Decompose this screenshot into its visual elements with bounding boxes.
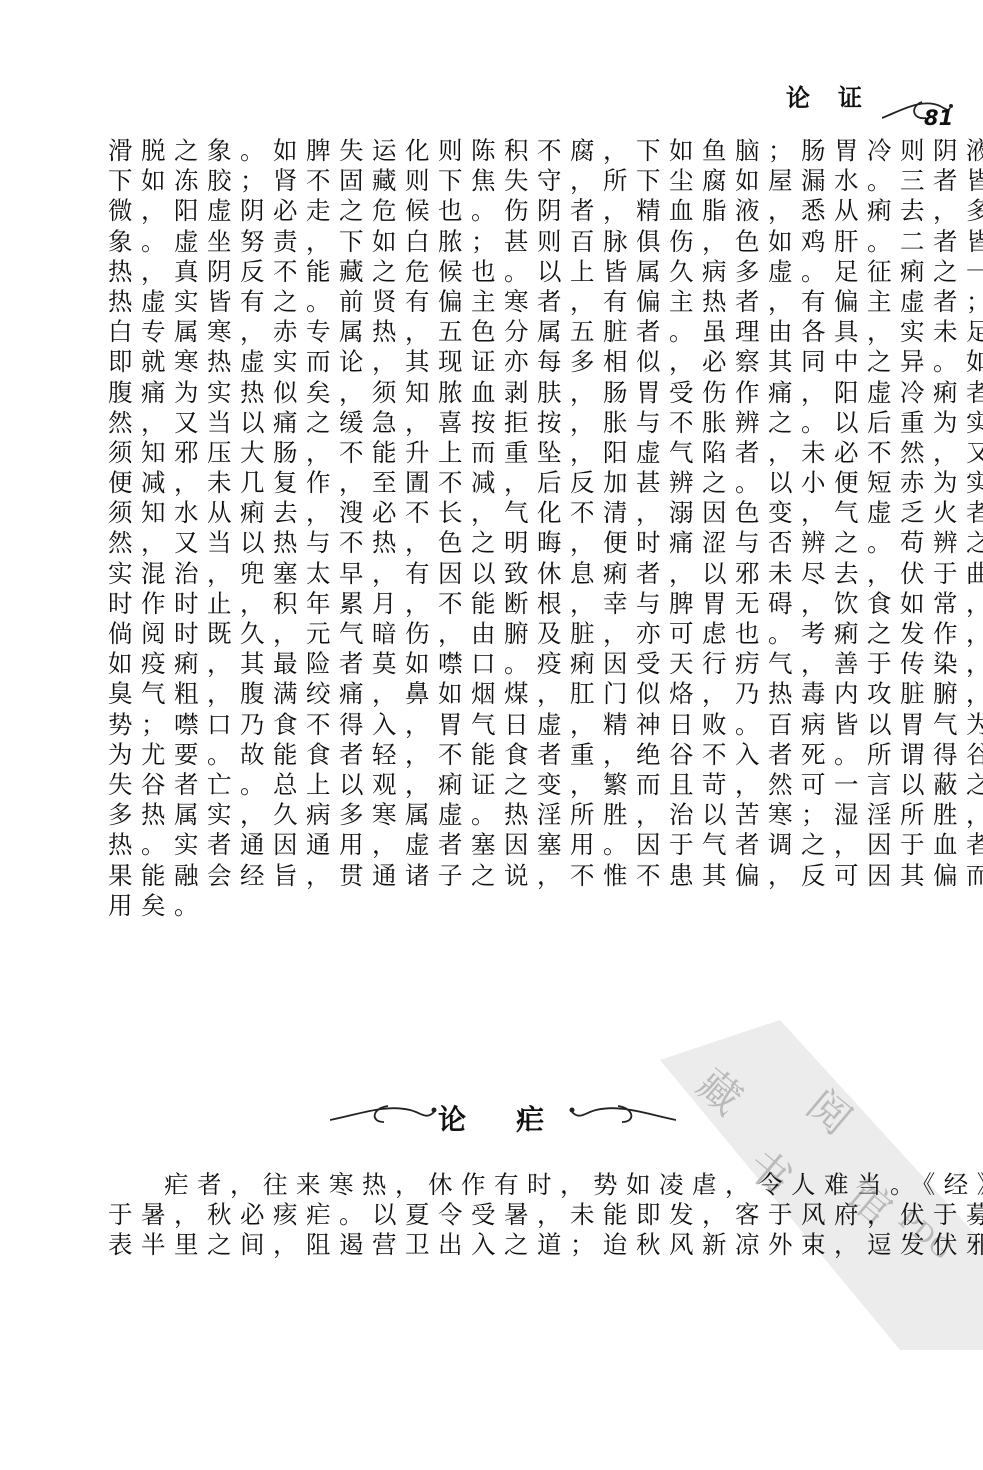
section-2-body: 疟者，往来寒热，休作有时，势如凌虐，令人难当。《经》云：夏伤 于暑，秋必痎疟。以… bbox=[108, 1170, 898, 1261]
watermark-char: 阅 bbox=[796, 1074, 867, 1147]
flourish-right-icon bbox=[566, 1100, 676, 1130]
text-line: 热虚实皆有之。前贤有偏主寒者，有偏主热者，有偏主虚者；又有以 bbox=[108, 287, 898, 317]
running-head-title: 论证 bbox=[786, 78, 890, 113]
section-heading: 论疟 bbox=[320, 1092, 680, 1142]
text-line: 白专属寒，赤专属热，五色分属五脏者。虽理由各具，实未足以尽之， bbox=[108, 317, 898, 347]
running-head: 论证 bbox=[786, 78, 886, 118]
text-line: 表半里之间，阻遏营卫出入之道；迨秋风新凉外束，逗发伏邪，阳暑欲 bbox=[108, 1230, 898, 1260]
text-line: 须知水从痢去，溲必不长，气化不清，溺因色变，气虚乏火者，未必不 bbox=[108, 498, 898, 528]
section-1-body: 滑脱之象。如脾失运化则陈积不腐，下如鱼脑；肠胃冷则阴液下脱， 下如冻胶；肾不固藏… bbox=[108, 136, 898, 921]
text-line: 便减，未几复作，至圊不减，后反加甚辨之。以小便短赤为实热似矣， bbox=[108, 468, 898, 498]
text-line: 倘阅时既久，元气暗伤，由腑及脏，亦可虑也。考痢之发作，势猛者莫 bbox=[108, 619, 898, 649]
text-line: 如疫痢，其最险者莫如噤口。疫痢因受天行疠气，善于传染，病者口 bbox=[108, 649, 898, 679]
text-line: 下如冻胶；肾不固藏则下焦失守，所下尘腐如屋漏水。三者皆元气衰 bbox=[108, 166, 898, 196]
text-line: 于暑，秋必痎疟。以夏令受暑，未能即发，客于风府，伏于募原，居半 bbox=[108, 1200, 898, 1230]
text-line: 微，阳虚阴必走之危候也。伤阴者，精血脂液，悉从痢去，多滞涩之 bbox=[108, 196, 898, 226]
text-line: 即就寒热虚实而论，其现证亦每多相似，必察其同中之异。如以里急 bbox=[108, 347, 898, 377]
text-line: 热。实者通因通用，虚者塞因塞用。因于气者调之，因于血者和之。 bbox=[108, 830, 898, 860]
text-line: 然，又当以痛之缓急，喜按拒按，胀与不胀辨之。以后重为实热似矣， bbox=[108, 408, 898, 438]
text-line: 臭气粗，腹满绞痛，鼻如烟煤，肛门似烙，乃热毒内攻脏腑，有立坏之 bbox=[108, 679, 898, 709]
text-line: 须知邪压大肠，不能升上而重坠，阳虚气陷者，未必不然，又当以至圊 bbox=[108, 438, 898, 468]
text-line: 多热属实，久病多寒属虚。热淫所胜，治以苦寒；湿淫所胜，平以苦 bbox=[108, 800, 898, 830]
watermark-char: 藏 bbox=[686, 1054, 757, 1127]
text-line: 疟者，往来寒热，休作有时，势如凌虐，令人难当。《经》云：夏伤 bbox=[108, 1170, 898, 1200]
text-line: 用矣。 bbox=[108, 891, 898, 921]
text-line: 腹痛为实热似矣，须知脓血剥肤，肠胃受伤作痛，阳虚冷痢者，未必不 bbox=[108, 378, 898, 408]
text-line: 象。虚坐努责，下如白脓；甚则百脉俱伤，色如鸡肝。二者皆虚而夹 bbox=[108, 227, 898, 257]
text-line: 热，真阴反不能藏之危候也。以上皆属久病多虚。足征痢之一证，寒 bbox=[108, 257, 898, 287]
text-line: 时作时止，积年累月，不能断根，幸与脾胃无碍，饮食如常，尚不致死， bbox=[108, 589, 898, 619]
text-line: 势；噤口乃食不得入，胃气日虚，精神日败。百病皆以胃气为本，而痢 bbox=[108, 710, 898, 740]
text-line: 果能融会经旨，贯通诸子之说，不惟不患其偏，反可因其偏而全其 bbox=[108, 861, 898, 891]
text-line: 失谷者亡。总上以观，痢证之变，繁而且苛，然可一言以蔽之曰：暴病 bbox=[108, 770, 898, 800]
page-number: 81 bbox=[924, 106, 953, 130]
text-line: 滑脱之象。如脾失运化则陈积不腐，下如鱼脑；肠胃冷则阴液下脱， bbox=[108, 136, 898, 166]
text-line: 然，又当以热与不热，色之明晦，便时痛涩与否辨之。苟辨之不明，虚 bbox=[108, 528, 898, 558]
text-line: 为尤要。故能食者轻，不能食者重，绝谷不入者死。所谓得谷者昌， bbox=[108, 740, 898, 770]
text-line: 实混治，兜塞太早，有因以致休息痢者，以邪未尽去，伏于曲肠之中， bbox=[108, 559, 898, 589]
flourish-left-icon bbox=[330, 1100, 440, 1130]
